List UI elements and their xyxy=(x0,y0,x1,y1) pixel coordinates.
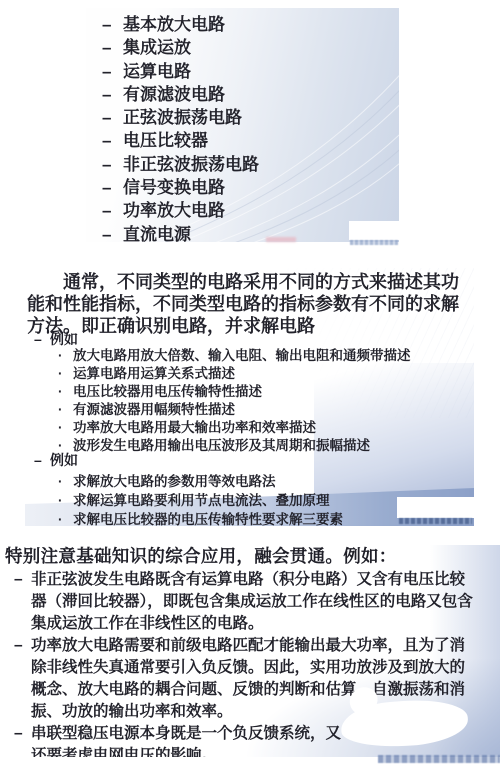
list-item-label: 求解运算电路要利用节点电流法、叠加原理 xyxy=(73,491,330,510)
list-item: –电压比较器 xyxy=(102,129,395,152)
dot-bullet-icon: · xyxy=(58,347,73,365)
watermark-smudge xyxy=(378,755,500,763)
list-item-label: 直流电源 xyxy=(123,223,191,242)
dash-bullet-icon: – xyxy=(102,13,123,36)
dash-bullet-icon: – xyxy=(102,60,123,83)
watermark-smudge xyxy=(399,518,472,524)
dash-bullet-icon: – xyxy=(102,36,123,59)
dot-bullet-icon: · xyxy=(58,419,73,437)
list-item: ·有源滤波器用幅频特性描述 xyxy=(58,401,468,419)
watermark-smudge-pink xyxy=(266,237,296,242)
dash-bullet-icon: – xyxy=(34,452,50,468)
list-item-label: 集成运放 xyxy=(123,36,191,59)
watermark-smudge xyxy=(350,240,398,245)
list-item-label: 运算电路 xyxy=(123,60,191,83)
dash-bullet-icon: – xyxy=(14,569,23,591)
list-item: –正弦波振荡电路 xyxy=(102,106,395,129)
list-item-label: 求解放大电路的参数用等效电路法 xyxy=(73,472,276,491)
example-group-1-list: ·放大电路用放大倍数、输入电阻、输出电阻和通频带描述 ·运算电路用运算关系式描述… xyxy=(58,347,468,455)
intro-paragraph: 通常，不同类型的电路采用不同的方式来描述其功能和性能指标，不同类型电路的指标参数… xyxy=(27,271,470,337)
list-item: –集成运放 xyxy=(102,36,395,59)
list-item: –基本放大电路 xyxy=(102,13,395,36)
bullet-item: – 非正弦波发生电路既含有运算电路（积分电路）又含有电压比较器（滞回比较器），即… xyxy=(14,569,480,635)
dash-bullet-icon: – xyxy=(102,153,123,176)
slide-circuit-types: –基本放大电路 –集成运放 –运算电路 –有源滤波电路 –正弦波振荡电路 –电压… xyxy=(86,8,399,242)
dash-bullet-icon: – xyxy=(102,223,123,242)
dash-bullet-icon: – xyxy=(102,199,123,222)
dot-bullet-icon: · xyxy=(58,401,73,419)
group-label: 例如 xyxy=(50,452,78,468)
dot-bullet-icon: · xyxy=(58,472,73,491)
list-item: –运算电路 xyxy=(102,60,395,83)
dash-bullet-icon: – xyxy=(34,331,50,347)
list-item-label: 有源滤波器用幅频特性描述 xyxy=(73,401,235,419)
slide-heading: 特别注意基础知识的综合应用，融会贯通。例如： xyxy=(5,545,397,568)
list-item-label: 电压比较器用电压传输特性描述 xyxy=(73,383,262,401)
group-label: 例如 xyxy=(50,331,78,347)
list-item-label: 基本放大电路 xyxy=(123,13,225,36)
list-item: –非正弦波振荡电路 xyxy=(102,153,395,176)
dash-bullet-icon: – xyxy=(102,106,123,129)
watermark-cover-box xyxy=(397,497,474,518)
list-item: ·功率放大电路用最大输出功率和效率描述 xyxy=(58,419,468,437)
list-item: –有源滤波电路 xyxy=(102,83,395,106)
slide-circuit-description-methods: 通常，不同类型的电路采用不同的方式来描述其功能和性能指标，不同类型电路的指标参数… xyxy=(25,268,474,526)
list-item: ·电压比较器用电压传输特性描述 xyxy=(58,383,468,401)
list-item-label: 功率放大电路用最大输出功率和效率描述 xyxy=(73,419,316,437)
list-item: ·放大电路用放大倍数、输入电阻、输出电阻和通频带描述 xyxy=(58,347,468,365)
list-item-label: 放大电路用放大倍数、输入电阻、输出电阻和通频带描述 xyxy=(73,347,411,365)
example-group-2-label: – 例如 xyxy=(34,452,78,468)
bullet-text: 非正弦波发生电路既含有运算电路（积分电路）又含有电压比较器（滞回比较器），即既包… xyxy=(31,571,473,632)
list-item: ·求解放大电路的参数用等效电路法 xyxy=(58,472,468,491)
dash-bullet-icon: – xyxy=(14,635,23,657)
circuit-type-list: –基本放大电路 –集成运放 –运算电路 –有源滤波电路 –正弦波振荡电路 –电压… xyxy=(102,13,395,242)
list-item-label: 波形发生电路用输出电压波形及其周期和振幅描述 xyxy=(73,437,370,455)
dot-bullet-icon: · xyxy=(58,491,73,510)
dash-bullet-icon: – xyxy=(14,723,23,745)
dot-bullet-icon: · xyxy=(58,365,73,383)
list-item: –信号变换电路 xyxy=(102,176,395,199)
list-item-label: 有源滤波电路 xyxy=(123,83,225,106)
list-item-label: 电压比较器 xyxy=(123,129,208,152)
dot-bullet-icon: · xyxy=(58,383,73,401)
list-item-label: 正弦波振荡电路 xyxy=(123,106,242,129)
list-item: –功率放大电路 xyxy=(102,199,395,222)
list-item-label: 功率放大电路 xyxy=(123,199,225,222)
dash-bullet-icon: – xyxy=(102,176,123,199)
list-item-label: 求解电压比较器的电压传输特性要求解三要素 xyxy=(73,510,343,526)
dash-bullet-icon: – xyxy=(102,129,123,152)
dot-bullet-icon: · xyxy=(58,510,73,526)
dash-bullet-icon: – xyxy=(102,83,123,106)
list-item-label: 非正弦波振荡电路 xyxy=(123,153,259,176)
watermark-cover-box xyxy=(349,221,399,240)
list-item-label: 运算电路用运算关系式描述 xyxy=(73,365,235,383)
list-item: ·波形发生电路用输出电压波形及其周期和振幅描述 xyxy=(58,437,468,455)
list-item: ·运算电路用运算关系式描述 xyxy=(58,365,468,383)
example-group-1-label: – 例如 xyxy=(34,331,78,347)
list-item-label: 信号变换电路 xyxy=(123,176,225,199)
